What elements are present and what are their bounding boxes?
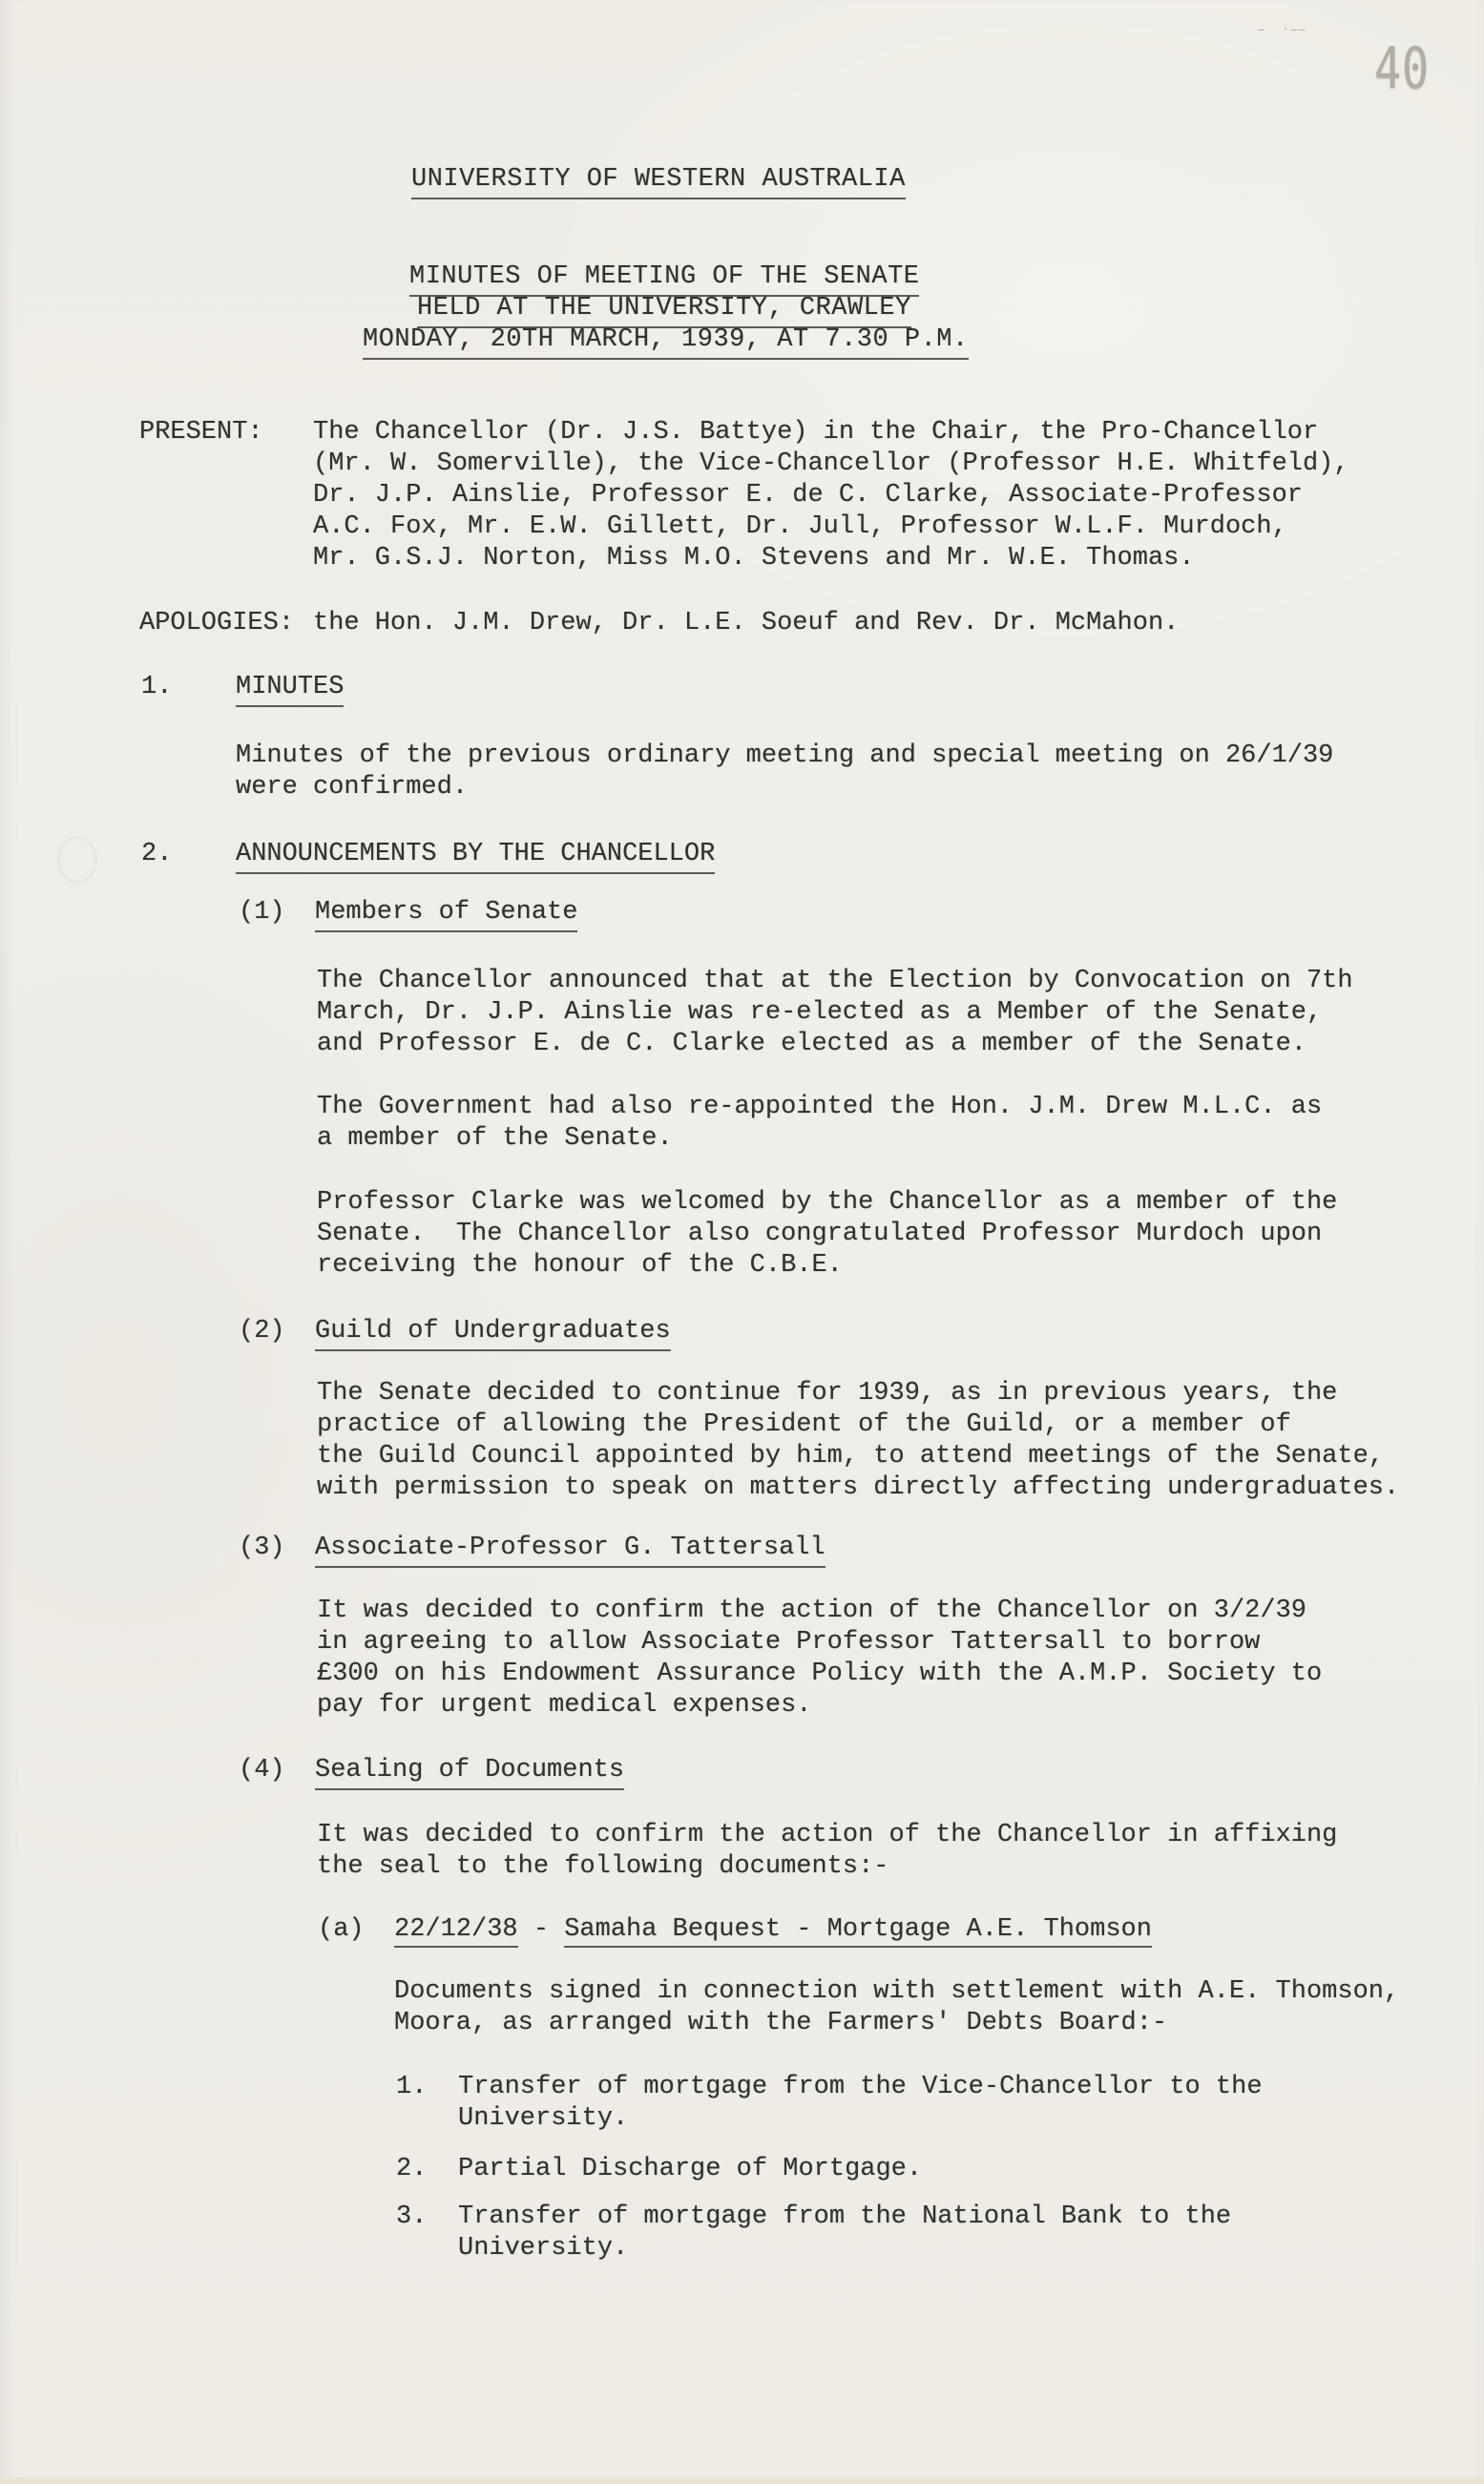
doc-a-heading-date: 22/12/38	[394, 1915, 518, 1948]
item-1-number: 1.	[141, 672, 172, 703]
apologies-names: the Hon. J.M. Drew, Dr. L.E. Soeuf and R…	[313, 608, 1179, 639]
page-bottom-edge	[0, 2477, 1484, 2484]
list-item-3-text: Transfer of mortgage from the National B…	[458, 2202, 1231, 2265]
item-2-heading: ANNOUNCEMENTS BY THE CHANCELLOR	[236, 839, 715, 874]
sub-item-1-paragraph-2: The Government had also re-appointed the…	[317, 1092, 1322, 1155]
present-names: The Chancellor (Dr. J.S. Battye) in the …	[313, 417, 1349, 574]
list-item-2-number: 2.	[396, 2154, 427, 2185]
list-item-3-number: 3.	[396, 2202, 427, 2233]
organization-title: UNIVERSITY OF WESTERN AUSTRALIA	[411, 164, 906, 199]
list-item-1-text: Transfer of mortgage from the Vice-Chanc…	[458, 2072, 1263, 2135]
doc-a-heading: 22/12/38 - Samaha Bequest - Mortgage A.E…	[394, 1914, 1152, 1946]
sub-item-3-number: (3)	[239, 1533, 285, 1564]
doc-a-body: Documents signed in connection with sett…	[394, 1976, 1399, 2039]
pencil-mark: – ·––	[1258, 23, 1307, 35]
doc-a-label: (a)	[318, 1914, 365, 1946]
sub-item-1-paragraph-3: Professor Clarke was welcomed by the Cha…	[317, 1187, 1337, 1282]
list-item-2-text: Partial Discharge of Mortgage.	[458, 2154, 922, 2185]
page-number-stamp: 40	[1374, 40, 1430, 97]
meeting-title-line-1: MINUTES OF MEETING OF THE SENATE	[409, 261, 919, 297]
doc-a-heading-separator: -	[518, 1915, 565, 1944]
sub-item-1-number: (1)	[239, 897, 285, 929]
item-1-heading: MINUTES	[236, 672, 344, 707]
apologies-label: APOLOGIES:	[139, 608, 294, 639]
scanned-minutes-page: – ·–– 40 UNIVERSITY OF WESTERN AUSTRALIA…	[0, 0, 1484, 2484]
meeting-title-line-3: MONDAY, 20TH MARCH, 1939, AT 7.30 P.M.	[363, 324, 969, 360]
sub-item-2-heading: Guild of Undergraduates	[315, 1316, 671, 1351]
sub-item-1-paragraph-1: The Chancellor announced that at the Ele…	[317, 966, 1353, 1060]
sub-item-1-heading: Members of Senate	[315, 897, 577, 932]
meeting-title-line-2: HELD AT THE UNIVERSITY, CRAWLEY	[417, 293, 911, 328]
sub-item-4-paragraph-1: It was decided to confirm the action of …	[317, 1820, 1337, 1883]
sub-item-2-paragraph-1: The Senate decided to continue for 1939,…	[317, 1378, 1399, 1504]
present-label: PRESENT:	[139, 417, 263, 449]
sub-item-4-heading: Sealing of Documents	[315, 1755, 624, 1790]
sub-item-3-heading: Associate-Professor G. Tattersall	[315, 1533, 826, 1568]
sub-item-4-number: (4)	[239, 1755, 285, 1786]
item-1-body: Minutes of the previous ordinary meeting…	[236, 741, 1333, 804]
doc-a-heading-title: Samaha Bequest - Mortgage A.E. Thomson	[564, 1915, 1152, 1948]
list-item-1-number: 1.	[396, 2072, 427, 2103]
sub-item-2-number: (2)	[239, 1316, 285, 1347]
item-2-number: 2.	[141, 839, 172, 870]
sub-item-3-paragraph-1: It was decided to confirm the action of …	[317, 1596, 1322, 1722]
paper-blemish	[57, 836, 97, 884]
